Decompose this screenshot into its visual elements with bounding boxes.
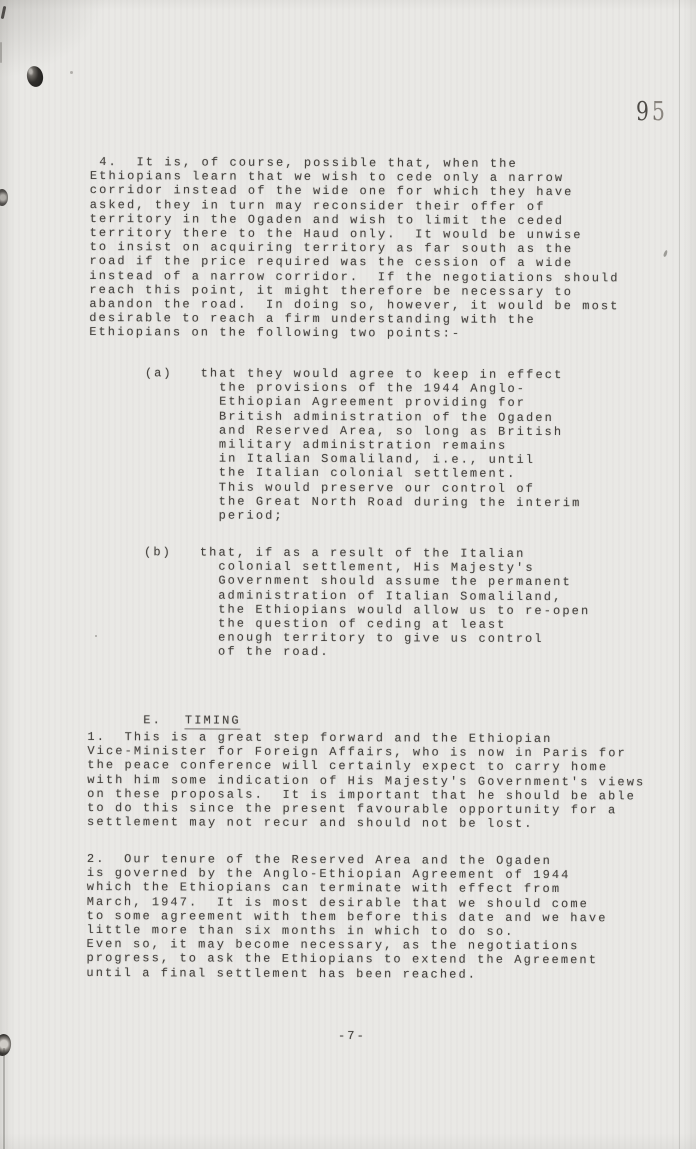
page-footer: -7-: [338, 1029, 366, 1043]
paragraph-2: 2. Our tenure of the Reserved Area and t…: [86, 852, 607, 982]
ink-speck: [70, 71, 73, 74]
list-item-a: (a) that they would agree to keep in eff…: [88, 366, 582, 524]
punch-hole-mark-bottom: [0, 1033, 12, 1057]
section-title: TIMING: [185, 714, 241, 730]
paragraph-1: 1. This is a great step forward and the …: [87, 730, 646, 832]
edge-smudge: [0, 42, 2, 63]
typewritten-text-layer: 4. It is, of course, possible that, when…: [86, 0, 691, 1149]
list-item-b: (b) that, if as a result of the Italian …: [88, 545, 591, 661]
section-label: E.: [143, 713, 162, 727]
ink-blot: [25, 65, 45, 89]
punch-hole-mark-top: [0, 189, 8, 206]
paragraph-4: 4. It is, of course, possible that, when…: [89, 155, 620, 342]
left-edge-line: [3, 1048, 5, 1149]
ink-tick-mark: [1, 6, 7, 19]
scanned-document-page: 95 4. It is, of course, possible that, w…: [0, 0, 696, 1149]
